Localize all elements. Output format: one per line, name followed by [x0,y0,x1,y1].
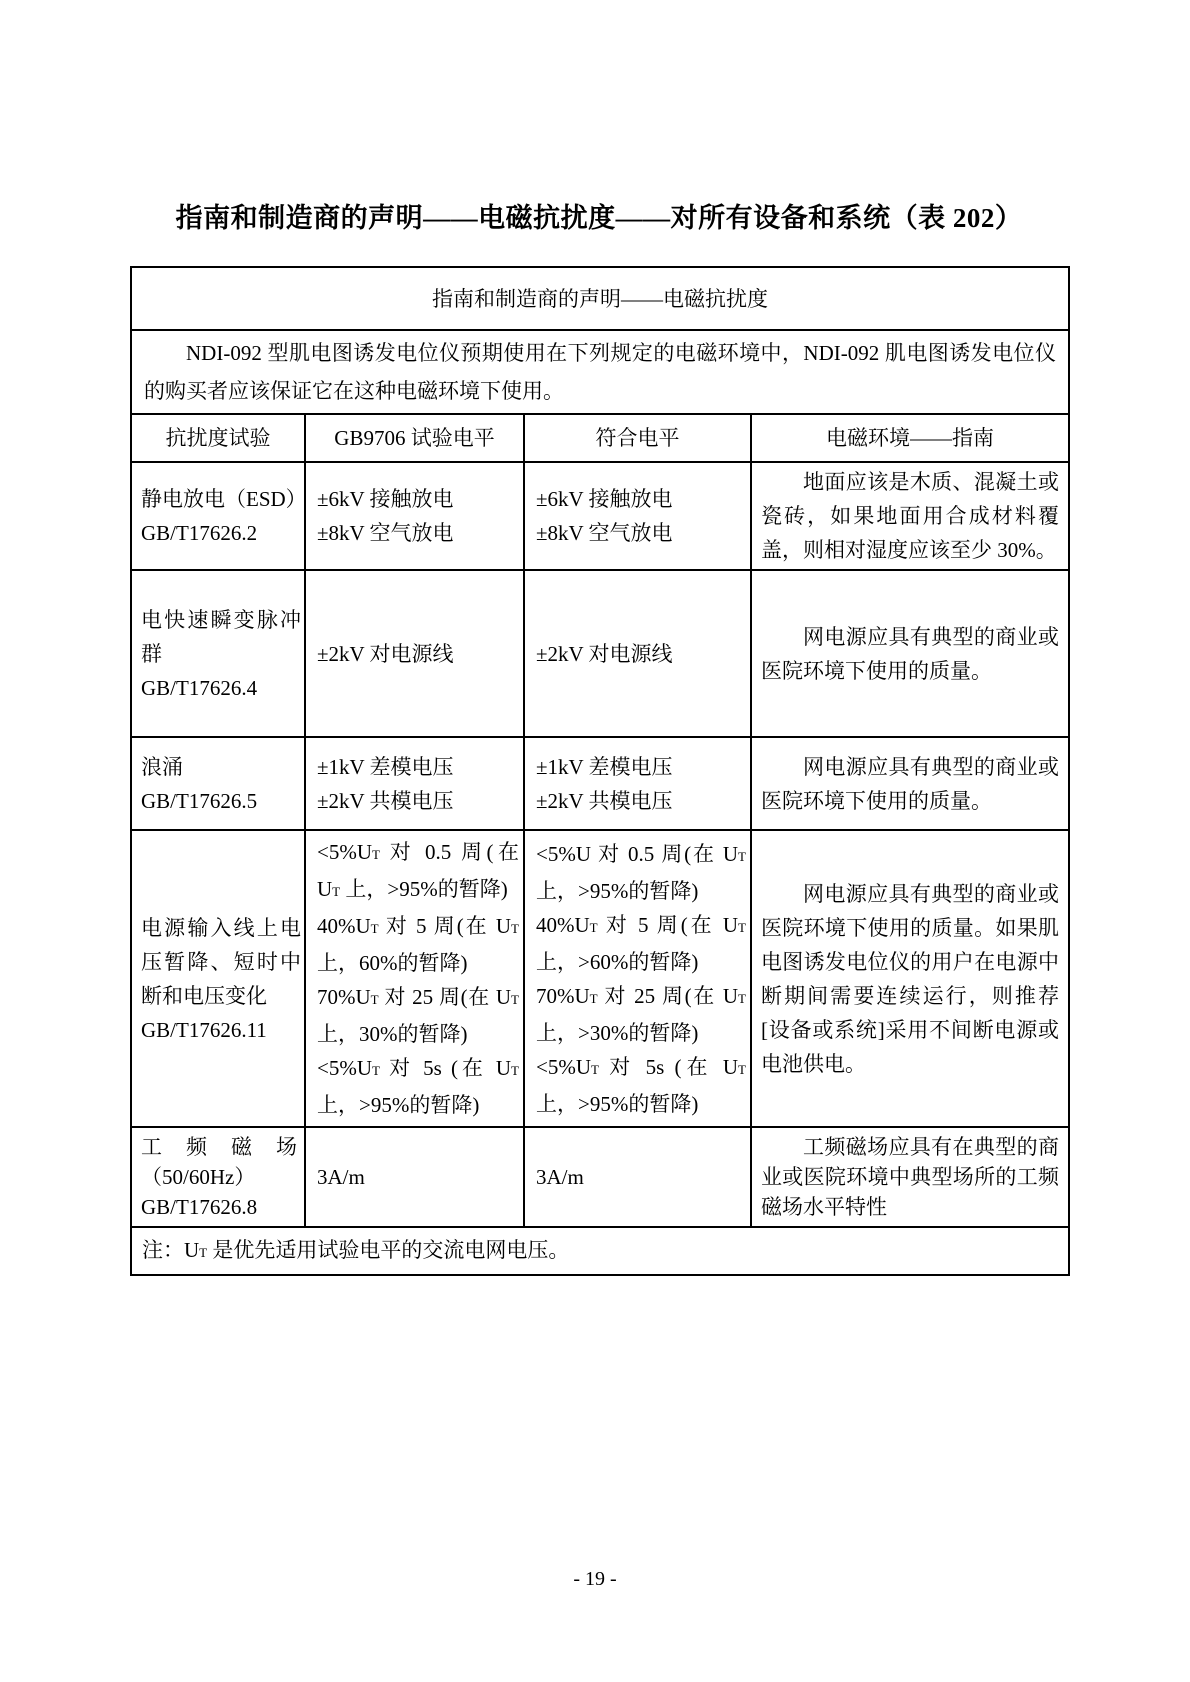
cell-compliance-eft: ±2kV 对电源线 [524,570,751,737]
cell-gb9706-esd: ±6kV 接触放电 ±8kV 空气放电 [305,462,524,570]
column-header-gb9706-level: GB9706 试验电平 [305,414,524,462]
table-row-power-frequency-magnetic-field: 工 频 磁 场 （50/60Hz） GB/T17626.8 3A/m 3A/m … [131,1127,1069,1227]
table-row-intro: NDI-092 型肌电图诱发电位仪预期使用在下列规定的电磁环境中，NDI-092… [131,330,1069,414]
cell-test-surge: 浪涌 GB/T17626.5 [131,737,305,830]
table-row-surge: 浪涌 GB/T17626.5 ±1kV 差模电压 ±2kV 共模电压 ±1kV … [131,737,1069,830]
cell-guidance-eft: 网电源应具有典型的商业或医院环境下使用的质量。 [751,570,1069,737]
cell-gb9706-voltage-dips: <5%UT 对 0.5 周(在 UT 上，>95%的暂降) 40%UT 对 5 … [305,830,524,1127]
cell-compliance-esd: ±6kV 接触放电 ±8kV 空气放电 [524,462,751,570]
table-intro-cell: NDI-092 型肌电图诱发电位仪预期使用在下列规定的电磁环境中，NDI-092… [131,330,1069,414]
column-header-immunity-test: 抗扰度试验 [131,414,305,462]
table-merged-title: 指南和制造商的声明——电磁抗扰度 [131,267,1069,330]
table-row-note: 注：UT 是优先适用试验电平的交流电网电压。 [131,1227,1069,1275]
table-header-row: 抗扰度试验 GB9706 试验电平 符合电平 电磁环境——指南 [131,414,1069,462]
table-row-voltage-dips: 电源输入线上电压暂降、短时中断和电压变化 GB/T17626.11 <5%UT … [131,830,1069,1127]
cell-compliance-surge: ±1kV 差模电压 ±2kV 共模电压 [524,737,751,830]
column-header-compliance-level: 符合电平 [524,414,751,462]
table-note-cell: 注：UT 是优先适用试验电平的交流电网电压。 [131,1227,1069,1275]
document-page: 指南和制造商的声明——电磁抗扰度——对所有设备和系统（表 202） 指南和制造商… [0,0,1190,1682]
table-row-merged-title: 指南和制造商的声明——电磁抗扰度 [131,267,1069,330]
table-row-eft: 电快速瞬变脉冲群 GB/T17626.4 ±2kV 对电源线 ±2kV 对电源线… [131,570,1069,737]
cell-test-esd: 静电放电（ESD） GB/T17626.2 [131,462,305,570]
cell-test-eft: 电快速瞬变脉冲群 GB/T17626.4 [131,570,305,737]
emc-immunity-table: 指南和制造商的声明——电磁抗扰度 NDI-092 型肌电图诱发电位仪预期使用在下… [130,266,1070,1276]
table-row-esd: 静电放电（ESD） GB/T17626.2 ±6kV 接触放电 ±8kV 空气放… [131,462,1069,570]
cell-test-voltage-dips: 电源输入线上电压暂降、短时中断和电压变化 GB/T17626.11 [131,830,305,1127]
cell-guidance-voltage-dips: 网电源应具有典型的商业或医院环境下使用的质量。如果肌电图诱发电位仪的用户在电源中… [751,830,1069,1127]
cell-gb9706-magnetic-field: 3A/m [305,1127,524,1227]
intro-paragraph: NDI-092 型肌电图诱发电位仪预期使用在下列规定的电磁环境中，NDI-092… [144,334,1056,410]
cell-test-magnetic-field: 工 频 磁 场 （50/60Hz） GB/T17626.8 [131,1127,305,1227]
page-number: - 19 - [0,1568,1190,1591]
cell-compliance-magnetic-field: 3A/m [524,1127,751,1227]
cell-guidance-esd: 地面应该是木质、混凝土或瓷砖，如果地面用合成材料覆盖，则相对湿度应该至少 30%… [751,462,1069,570]
cell-guidance-surge: 网电源应具有典型的商业或医院环境下使用的质量。 [751,737,1069,830]
cell-compliance-voltage-dips: <5%U 对 0.5 周(在 UT 上，>95%的暂降) 40%UT 对 5 周… [524,830,751,1127]
cell-gb9706-surge: ±1kV 差模电压 ±2kV 共模电压 [305,737,524,830]
page-title: 指南和制造商的声明——电磁抗扰度——对所有设备和系统（表 202） [130,196,1068,235]
cell-gb9706-eft: ±2kV 对电源线 [305,570,524,737]
cell-guidance-magnetic-field: 工频磁场应具有在典型的商业或医院环境中典型场所的工频磁场水平特性 [751,1127,1069,1227]
column-header-em-environment-guidance: 电磁环境——指南 [751,414,1069,462]
